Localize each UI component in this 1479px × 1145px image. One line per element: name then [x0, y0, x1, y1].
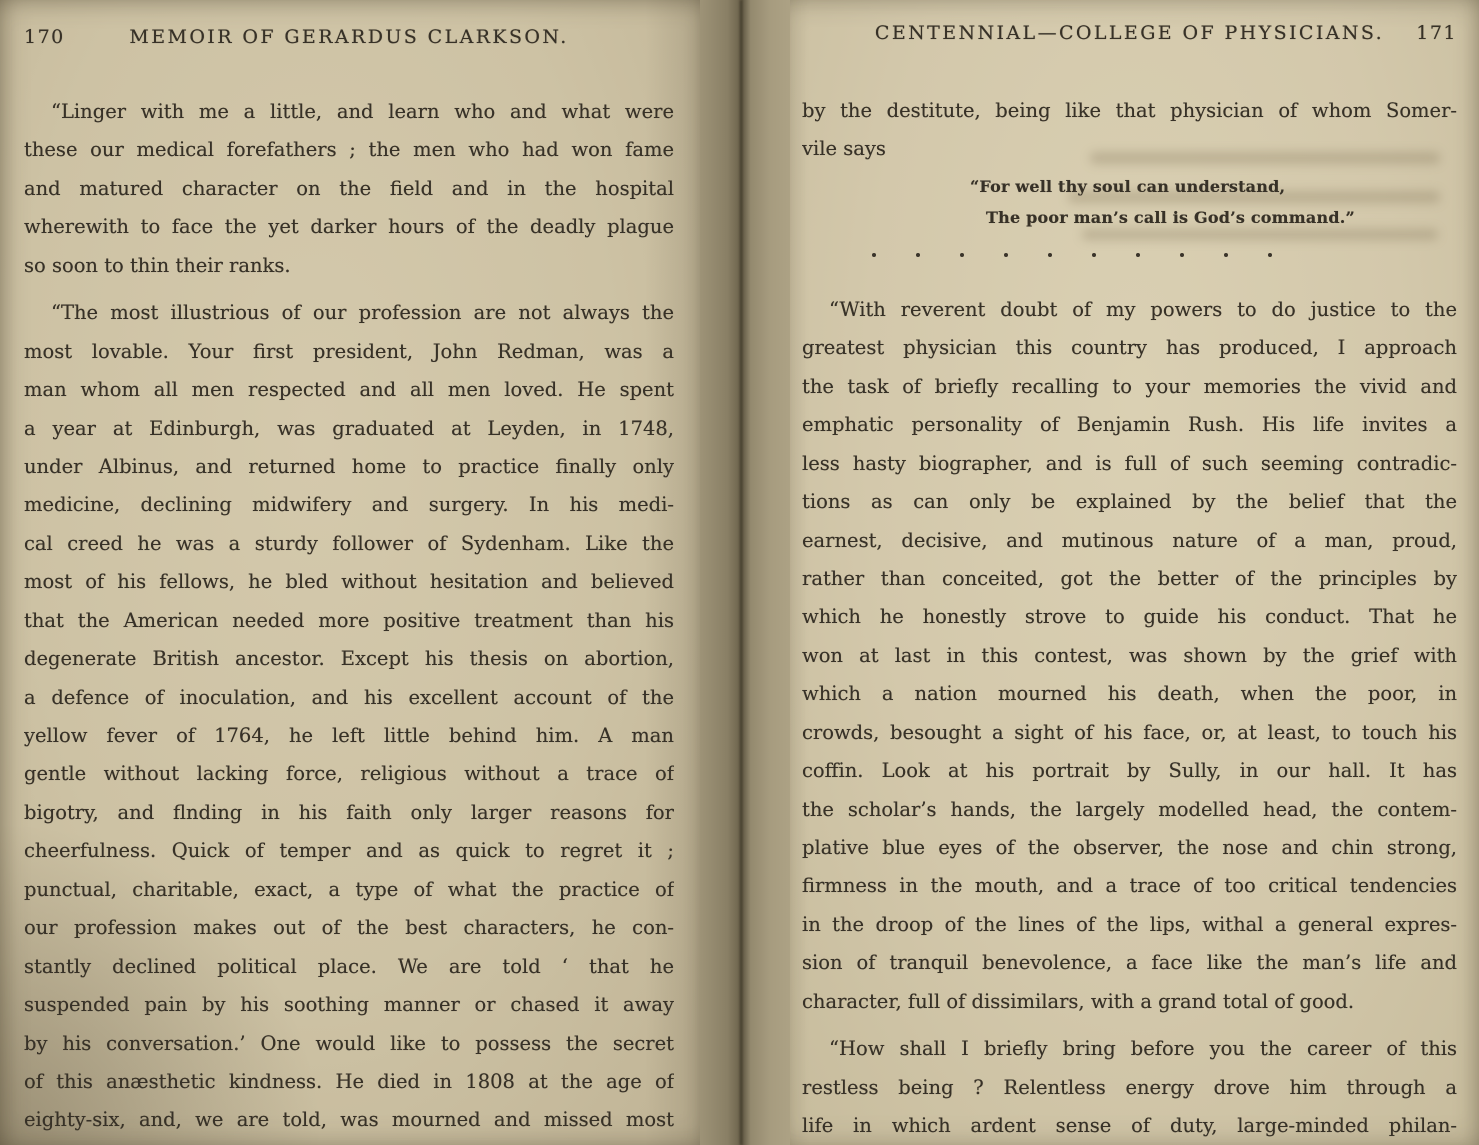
right-paragraph-2: “How shall I briefly bring before you th… [802, 1030, 1457, 1145]
text-line: tions as can only be explained by the be… [802, 483, 1457, 521]
section-separator-dots [872, 249, 1457, 261]
text-line: by the destitute, being like that physic… [802, 92, 1457, 130]
text-line: rather than conceited, got the better of… [802, 560, 1457, 598]
text-line: degenerate British ancestor. Except his … [24, 640, 674, 678]
text-line: and matured character on the field and i… [24, 170, 674, 208]
text-line: the task of briefly recalling to your me… [802, 368, 1457, 406]
verse-quote: “For well thy soul can understand,The po… [970, 171, 1457, 233]
text-line: character, full of dissimilars, with a g… [802, 983, 1457, 1021]
text-line: vile says [802, 130, 1457, 168]
text-line: emphatic personality of Benjamin Rush. H… [802, 406, 1457, 444]
left-paragraph-1: “Linger with me a little, and learn who … [24, 93, 674, 285]
text-line: in the droop of the lines of the lips, w… [802, 906, 1457, 944]
text-line: a defence of inoculation, and his excell… [24, 679, 674, 717]
text-line: cal creed he was a sturdy follower of Sy… [24, 525, 674, 563]
separator-dot [1092, 253, 1096, 257]
text-line: firmness in the mouth, and a trace of to… [802, 867, 1457, 905]
text-line: less hasty biographer, and is full of su… [802, 445, 1457, 483]
left-paragraph-2: “The most illustrious of our profession … [24, 294, 674, 1140]
right-running-head: CENTENNIAL—COLLEGE OF PHYSICIANS. 171 [802, 22, 1457, 44]
text-line: yellow fever of 1764, he left little beh… [24, 717, 674, 755]
right-page-number: 171 [1397, 22, 1457, 44]
text-line: The poor man’s call is God’s command.” [970, 202, 1457, 233]
text-line: life in which ardent sense of duty, larg… [802, 1107, 1457, 1145]
right-text-block: by the destitute, being like that physic… [802, 92, 1457, 1145]
text-line: “With reverent doubt of my powers to do … [802, 291, 1457, 329]
separator-dot [1048, 253, 1052, 257]
separator-dot [1136, 253, 1140, 257]
text-line: crowds, besought a sight of his face, or… [802, 714, 1457, 752]
text-line: cheerfulness. Quick of temper and as qui… [24, 832, 674, 870]
right-header-title: CENTENNIAL—COLLEGE OF PHYSICIANS. [862, 22, 1397, 44]
left-page-number: 170 [24, 26, 84, 48]
text-line: by his conversation.’ One would like to … [24, 1025, 674, 1063]
text-line: coffin. Look at his portrait by Sully, i… [802, 752, 1457, 790]
text-line: these our medical forefathers ; the men … [24, 131, 674, 169]
left-running-head: 170 MEMOIR OF GERARDUS CLARKSON. [24, 26, 674, 48]
text-line: bigotry, and flnding in his faith only l… [24, 794, 674, 832]
text-line: “For well thy soul can understand, [970, 171, 1457, 202]
text-line: under Albinus, and returned home to prac… [24, 448, 674, 486]
text-line: greatest physician this country has prod… [802, 329, 1457, 367]
text-line: stantly declined political place. We are… [24, 948, 674, 986]
gutter-crease [740, 0, 742, 1145]
separator-dot [1004, 253, 1008, 257]
right-opening-fragment: by the destitute, being like that physic… [802, 92, 1457, 169]
text-line: “Linger with me a little, and learn who … [24, 93, 674, 131]
separator-dot [1268, 253, 1272, 257]
text-line: medicine, declining midwifery and surger… [24, 486, 674, 524]
separator-dot [916, 253, 920, 257]
text-line: restless being ? Relentless energy drove… [802, 1069, 1457, 1107]
separator-dot [872, 253, 876, 257]
text-line: plative blue eyes of the observer, the n… [802, 829, 1457, 867]
left-text-block: “Linger with me a little, and learn who … [24, 93, 674, 1140]
book-spread: 170 MEMOIR OF GERARDUS CLARKSON. “Linger… [0, 0, 1479, 1145]
text-line: “How shall I briefly bring before you th… [802, 1030, 1457, 1068]
text-line: our profession makes out of the best cha… [24, 909, 674, 947]
text-line: “The most illustrious of our profession … [24, 294, 674, 332]
text-line: wherewith to face the yet darker hours o… [24, 208, 674, 246]
left-header-title: MEMOIR OF GERARDUS CLARKSON. [84, 26, 614, 48]
text-line: most of his fellows, he bled without hes… [24, 563, 674, 601]
text-line: the scholar’s hands, the largely modelle… [802, 791, 1457, 829]
text-line: punctual, charitable, exact, a type of w… [24, 871, 674, 909]
separator-dot [1224, 253, 1228, 257]
text-line: a year at Edinburgh, was graduated at Le… [24, 410, 674, 448]
separator-dot [960, 253, 964, 257]
text-line: sion of tranquil benevolence, a face lik… [802, 944, 1457, 982]
text-line: earnest, decisive, and mutinous nature o… [802, 522, 1457, 560]
text-line: of this anæsthetic kindness. He died in … [24, 1063, 674, 1101]
right-paragraph-1: “With reverent doubt of my powers to do … [802, 291, 1457, 1021]
text-line: man whom all men respected and all men l… [24, 371, 674, 409]
text-line: eighty-six, and, we are told, was mourne… [24, 1101, 674, 1139]
text-line: won at last in this contest, was shown b… [802, 637, 1457, 675]
text-line: gentle without lacking force, religious … [24, 755, 674, 793]
right-page: CENTENNIAL—COLLEGE OF PHYSICIANS. 171 by… [790, 0, 1479, 1145]
text-line: so soon to thin their ranks. [24, 247, 674, 285]
text-line: which a nation mourned his death, when t… [802, 675, 1457, 713]
text-line: that the American needed more positive t… [24, 602, 674, 640]
separator-dot [1180, 253, 1184, 257]
text-line: which he honestly strove to guide his co… [802, 598, 1457, 636]
text-line: suspended pain by his soothing manner or… [24, 986, 674, 1024]
left-page: 170 MEMOIR OF GERARDUS CLARKSON. “Linger… [0, 0, 700, 1145]
text-line: most lovable. Your first president, John… [24, 333, 674, 371]
